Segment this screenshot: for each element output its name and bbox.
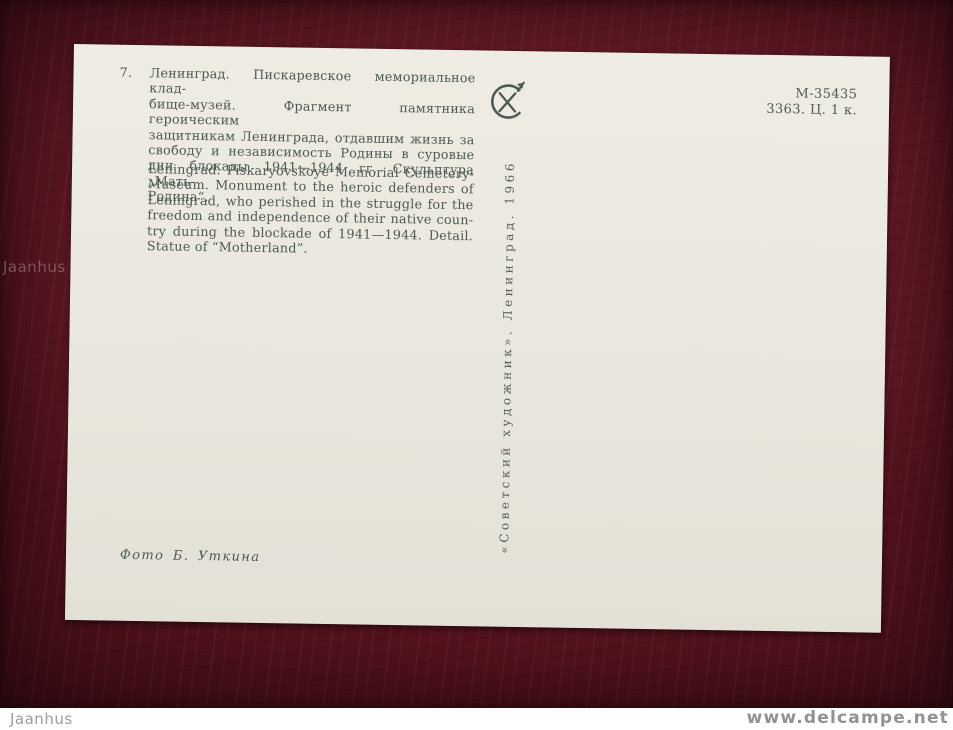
postcard-back: 7. Ленинград. Пискаревское мемориальное … <box>65 44 890 633</box>
sx-publisher-logo-icon <box>486 77 529 122</box>
catalog-block: М-35435 3363. Ц. 1 к. <box>673 84 857 118</box>
caption-ru-line: Ленинград. Пискаревское мемориальное кла… <box>149 66 475 102</box>
seller-watermark: Jaanhus <box>10 710 73 728</box>
photo-credit: Фото Б. Уткина <box>120 548 261 565</box>
publisher-imprint: «Советский художник». Ленинград. 1966 <box>497 160 517 554</box>
seller-watermark-mid: Jaanhus <box>3 258 66 276</box>
caption-english: Leningrad. Piskaryovskoye Memorial Cemet… <box>147 162 474 260</box>
item-number: 7. <box>119 66 132 82</box>
caption-ru-line: бище-музей. Фрагмент памятника героическ… <box>149 97 475 133</box>
print-info: 3363. Ц. 1 к. <box>673 100 857 118</box>
site-watermark: www.delcampe.net <box>747 708 949 728</box>
watermark-bar: Jaanhus www.delcampe.net <box>0 708 953 730</box>
